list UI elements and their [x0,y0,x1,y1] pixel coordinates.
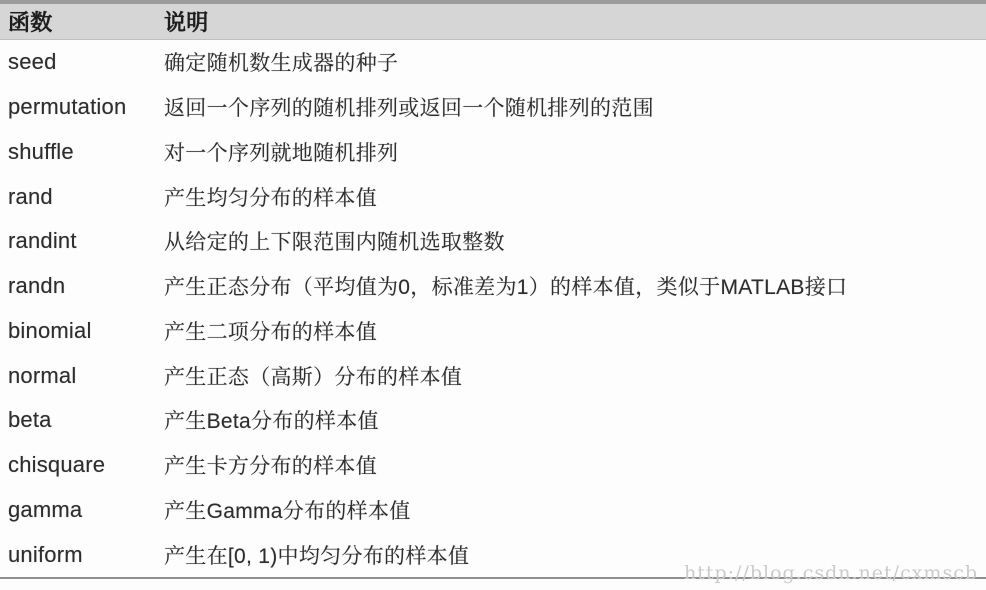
function-cell: uniform [0,542,164,568]
function-cell: gamma [0,497,164,523]
table-header-row: 函数 说明 [0,0,986,40]
random-functions-table: 函数 说明 seed 确定随机数生成器的种子 permutation 返回一个序… [0,0,986,590]
function-cell: permutation [0,94,164,120]
description-cell: 产生正态分布（平均值为0，标准差为1）的样本值，类似于MATLAB接口 [164,271,986,301]
description-cell: 产生卡方分布的样本值 [164,450,986,480]
function-cell: seed [0,49,164,75]
table-row: shuffle 对一个序列就地随机排列 [0,130,986,175]
description-cell: 确定随机数生成器的种子 [164,47,986,77]
table-row: randint 从给定的上下限范围内随机选取整数 [0,219,986,264]
function-cell: randint [0,228,164,254]
function-cell: rand [0,184,164,210]
header-cell-function: 函数 [0,6,164,37]
table-row: binomial 产生二项分布的样本值 [0,309,986,354]
function-cell: shuffle [0,139,164,165]
table-row: normal 产生正态（高斯）分布的样本值 [0,353,986,398]
function-cell: normal [0,363,164,389]
table-row: randn 产生正态分布（平均值为0，标准差为1）的样本值，类似于MATLAB接… [0,264,986,309]
description-cell: 产生均匀分布的样本值 [164,182,986,212]
table-row: beta 产生Beta分布的样本值 [0,398,986,443]
scanned-table-page: 函数 说明 seed 确定随机数生成器的种子 permutation 返回一个序… [0,0,986,590]
description-cell: 对一个序列就地随机排列 [164,137,986,167]
header-cell-description: 说明 [164,6,986,37]
watermark-url: http://blog.csdn.net/cxmscb [684,562,978,584]
description-cell: 从给定的上下限范围内随机选取整数 [164,226,986,256]
description-cell: 产生Gamma分布的样本值 [164,495,986,525]
function-cell: randn [0,273,164,299]
function-cell: binomial [0,318,164,344]
description-cell: 返回一个序列的随机排列或返回一个随机排列的范围 [164,92,986,122]
table-row: permutation 返回一个序列的随机排列或返回一个随机排列的范围 [0,85,986,130]
table-row: chisquare 产生卡方分布的样本值 [0,443,986,488]
table-row: rand 产生均匀分布的样本值 [0,174,986,219]
function-cell: beta [0,407,164,433]
description-cell: 产生正态（高斯）分布的样本值 [164,361,986,391]
table-row: gamma 产生Gamma分布的样本值 [0,488,986,533]
function-cell: chisquare [0,452,164,478]
description-cell: 产生二项分布的样本值 [164,316,986,346]
description-cell: 产生Beta分布的样本值 [164,405,986,435]
table-body: seed 确定随机数生成器的种子 permutation 返回一个序列的随机排列… [0,40,986,577]
table-row: seed 确定随机数生成器的种子 [0,40,986,85]
